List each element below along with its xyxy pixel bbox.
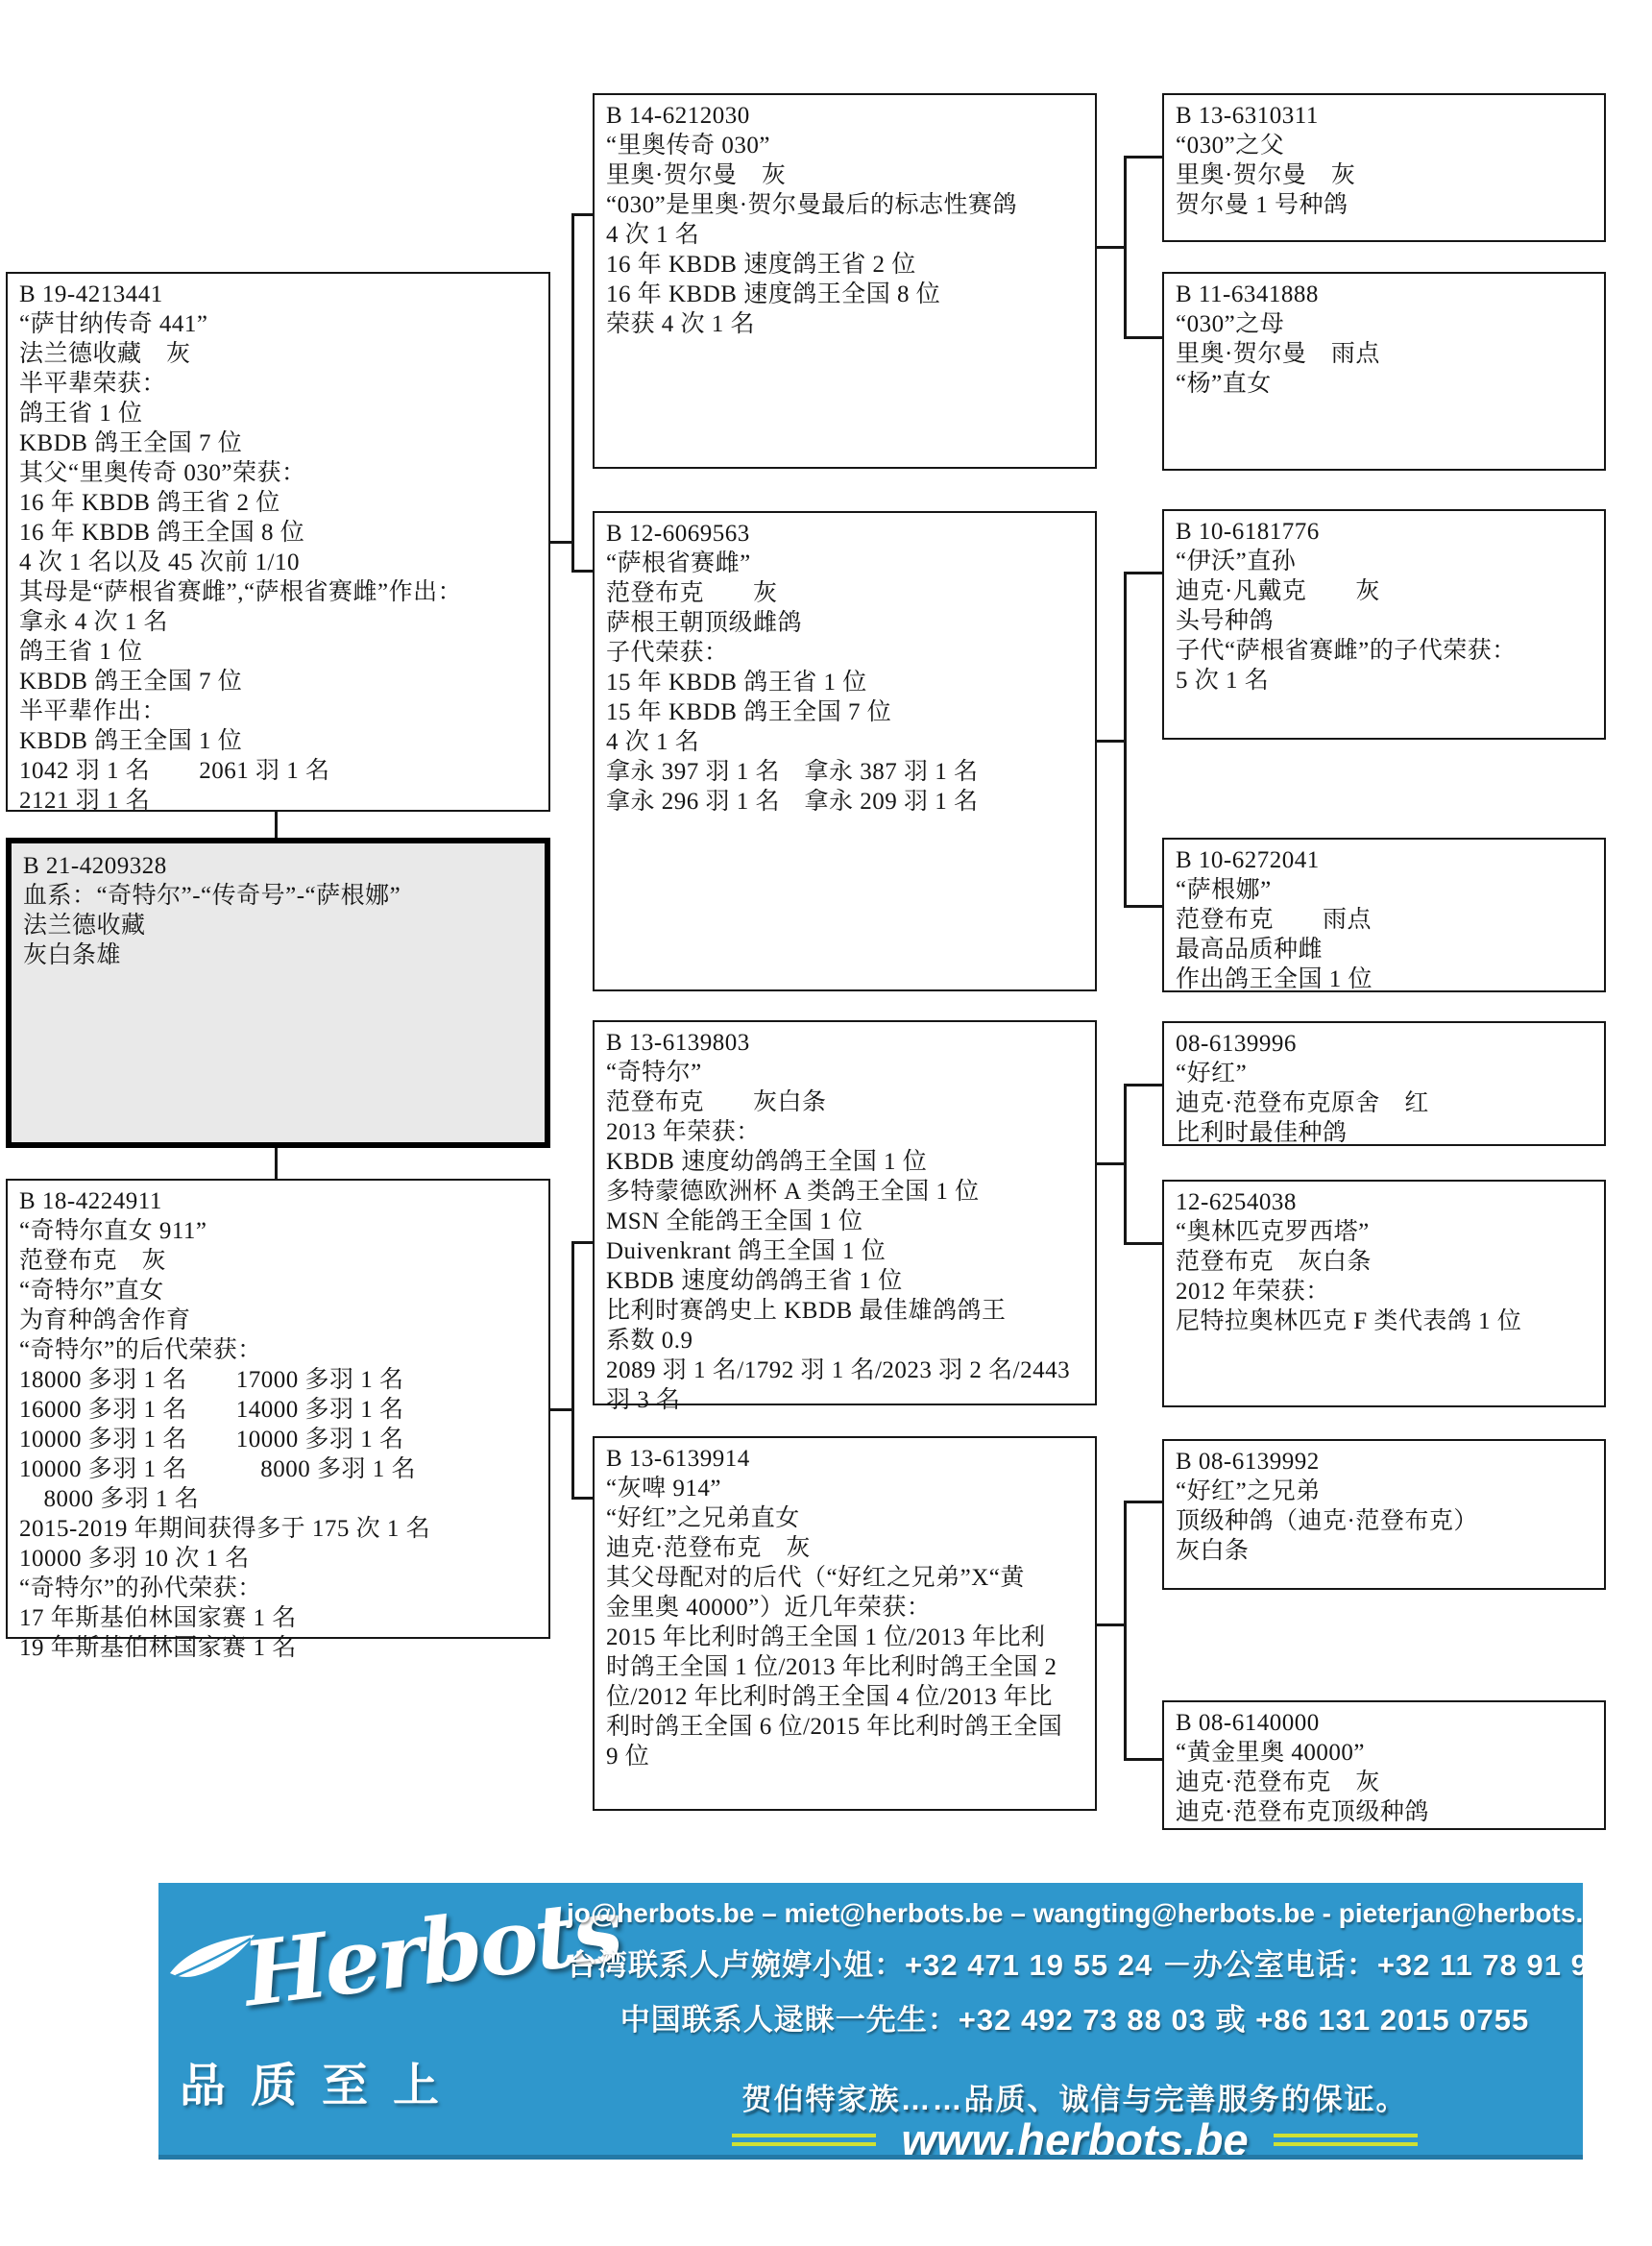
connector-line xyxy=(1124,572,1127,908)
pedigree-box-B19-4213441-father: B 19-4213441 “萨甘纳传奇 441” 法兰德收藏 灰 半平辈荣获： … xyxy=(6,272,550,812)
pedigree-page: B 19-4213441 “萨甘纳传奇 441” 法兰德收藏 灰 半平辈荣获： … xyxy=(0,0,1652,2246)
banner-taiwan-contact: 台湾联系人卢婉婷小姐：+32 471 19 55 24 －办公室电话：+32 1… xyxy=(567,1941,1583,1984)
connector-line xyxy=(1124,1758,1162,1761)
pedigree-box-B08-6140000: B 08-6140000 “黄金里奥 40000” 迪克·范登布克 灰 迪克·范… xyxy=(1162,1700,1606,1830)
banner-contact-block: jo@herbots.be – miet@herbots.be – wangti… xyxy=(567,1898,1583,2038)
pedigree-box-text: B 10-6181776 “伊沃”直孙 迪克·凡戴克 灰 头号种鸽 子代“萨根省… xyxy=(1164,511,1604,699)
website-decor-line-right xyxy=(1274,2134,1418,2146)
connector-line xyxy=(1124,1084,1127,1245)
connector-line xyxy=(1124,1242,1162,1245)
pedigree-box-08-6139996: 08-6139996 “好红” 迪克·范登布克原舍 红 比利时最佳种鸽 xyxy=(1162,1021,1606,1146)
pedigree-box-12-6254038: 12-6254038 “奥林匹克罗西塔” 范登布克 灰白条 2012 年荣获： … xyxy=(1162,1180,1606,1407)
connector-line xyxy=(1124,905,1162,908)
connector-line xyxy=(571,1241,593,1244)
banner-china-contact: 中国联系人逯睐一先生：+32 492 73 88 03 或 +86 131 20… xyxy=(567,1995,1583,2038)
pedigree-box-B14-6212030: B 14-6212030 “里奥传奇 030” 里奥·贺尔曼 灰 “030”是里… xyxy=(593,93,1097,469)
pedigree-box-text: B 11-6341888 “030”之母 里奥·贺尔曼 雨点 “杨”直女 xyxy=(1164,274,1604,403)
pedigree-box-text: 08-6139996 “好红” 迪克·范登布克原舍 红 比利时最佳种鸽 xyxy=(1164,1023,1604,1152)
pedigree-box-B12-6069563: B 12-6069563 “萨根省赛雌” 范登布克 灰 萨根王朝顶级雌鸽 子代荣… xyxy=(593,511,1097,991)
pedigree-box-B21-4209328-subject: B 21-4209328 血系：“奇特尔”-“传奇号”-“萨根娜” 法兰德收藏 … xyxy=(6,838,550,1148)
connector-line xyxy=(1097,246,1126,249)
pedigree-box-B13-6139914: B 13-6139914 “灰啤 914” “好红”之兄弟直女 迪克·范登布克 … xyxy=(593,1436,1097,1811)
banner-slogan: 贺伯特家族……品质、诚信与完善服务的保证。 xyxy=(567,2075,1583,2118)
connector-line xyxy=(1124,336,1162,339)
pedigree-box-text: 12-6254038 “奥林匹克罗西塔” 范登布克 灰白条 2012 年荣获： … xyxy=(1164,1182,1604,1340)
connector-line xyxy=(1124,1084,1162,1086)
connector-line xyxy=(275,812,278,838)
connector-line xyxy=(571,570,593,573)
connector-line xyxy=(1124,156,1127,339)
pedigree-box-text: B 18-4224911 “奇特尔直女 911” 范登布克 灰 “奇特尔”直女 … xyxy=(8,1181,548,1667)
pedigree-box-B13-6139803: B 13-6139803 “奇特尔” 范登布克 灰白条 2013 年荣获： KB… xyxy=(593,1020,1097,1405)
connector-line xyxy=(1124,156,1162,159)
website-decor-line-left xyxy=(732,2134,876,2146)
pedigree-box-text: B 13-6139914 “灰啤 914” “好红”之兄弟直女 迪克·范登布克 … xyxy=(595,1438,1095,1775)
pedigree-box-text: B 10-6272041 “萨根娜” 范登布克 雨点 最高品质种雌 作出鸽王全国… xyxy=(1164,840,1604,998)
connector-line xyxy=(571,1241,574,1500)
connector-line xyxy=(571,1497,593,1500)
pedigree-box-B11-6341888: B 11-6341888 “030”之母 里奥·贺尔曼 雨点 “杨”直女 xyxy=(1162,272,1606,471)
pedigree-box-text: B 13-6139803 “奇特尔” 范登布克 灰白条 2013 年荣获： KB… xyxy=(595,1022,1095,1419)
banner-emails: jo@herbots.be – miet@herbots.be – wangti… xyxy=(567,1898,1583,1929)
connector-line xyxy=(1124,1501,1127,1761)
pedigree-box-text: B 14-6212030 “里奥传奇 030” 里奥·贺尔曼 灰 “030”是里… xyxy=(595,95,1095,343)
herbots-tagline: 品质至上 xyxy=(180,2048,464,2114)
herbots-ad-banner: Herbots 品质至上 jo@herbots.be – miet@herbot… xyxy=(158,1883,1583,2160)
banner-website-row: www.herbots.be xyxy=(567,2113,1583,2160)
pedigree-box-text: B 08-6139992 “好红”之兄弟 顶级种鸽（迪克·范登布克） 灰白条 xyxy=(1164,1441,1604,1570)
pedigree-box-text: B 08-6140000 “黄金里奥 40000” 迪克·范登布克 灰 迪克·范… xyxy=(1164,1702,1604,1831)
connector-line xyxy=(1097,1623,1126,1626)
pedigree-box-B10-6272041: B 10-6272041 “萨根娜” 范登布克 雨点 最高品质种雌 作出鸽王全国… xyxy=(1162,838,1606,992)
connector-line xyxy=(571,213,593,216)
connector-line xyxy=(1097,740,1126,743)
pedigree-box-B13-6310311: B 13-6310311 “030”之父 里奥·贺尔曼 灰 贺尔曼 1 号种鸽 xyxy=(1162,93,1606,242)
connector-line xyxy=(275,1148,278,1179)
pedigree-box-B18-4224911-mother: B 18-4224911 “奇特尔直女 911” 范登布克 灰 “奇特尔”直女 … xyxy=(6,1179,550,1639)
connector-line xyxy=(1124,572,1162,574)
pedigree-box-text: B 13-6310311 “030”之父 里奥·贺尔曼 灰 贺尔曼 1 号种鸽 xyxy=(1164,95,1604,224)
pedigree-box-B08-6139992: B 08-6139992 “好红”之兄弟 顶级种鸽（迪克·范登布克） 灰白条 xyxy=(1162,1439,1606,1590)
connector-line xyxy=(1097,1162,1126,1165)
connector-line xyxy=(1124,1501,1162,1503)
pedigree-box-text: B 19-4213441 “萨甘纳传奇 441” 法兰德收藏 灰 半平辈荣获： … xyxy=(8,274,548,819)
pedigree-box-text: B 21-4209328 血系：“奇特尔”-“传奇号”-“萨根娜” 法兰德收藏 … xyxy=(12,843,545,974)
pedigree-box-B10-6181776: B 10-6181776 “伊沃”直孙 迪克·凡戴克 灰 头号种鸽 子代“萨根省… xyxy=(1162,509,1606,740)
connector-line xyxy=(571,213,574,573)
pedigree-box-text: B 12-6069563 “萨根省赛雌” 范登布克 灰 萨根王朝顶级雌鸽 子代荣… xyxy=(595,513,1095,820)
website-link[interactable]: www.herbots.be xyxy=(901,2113,1248,2160)
